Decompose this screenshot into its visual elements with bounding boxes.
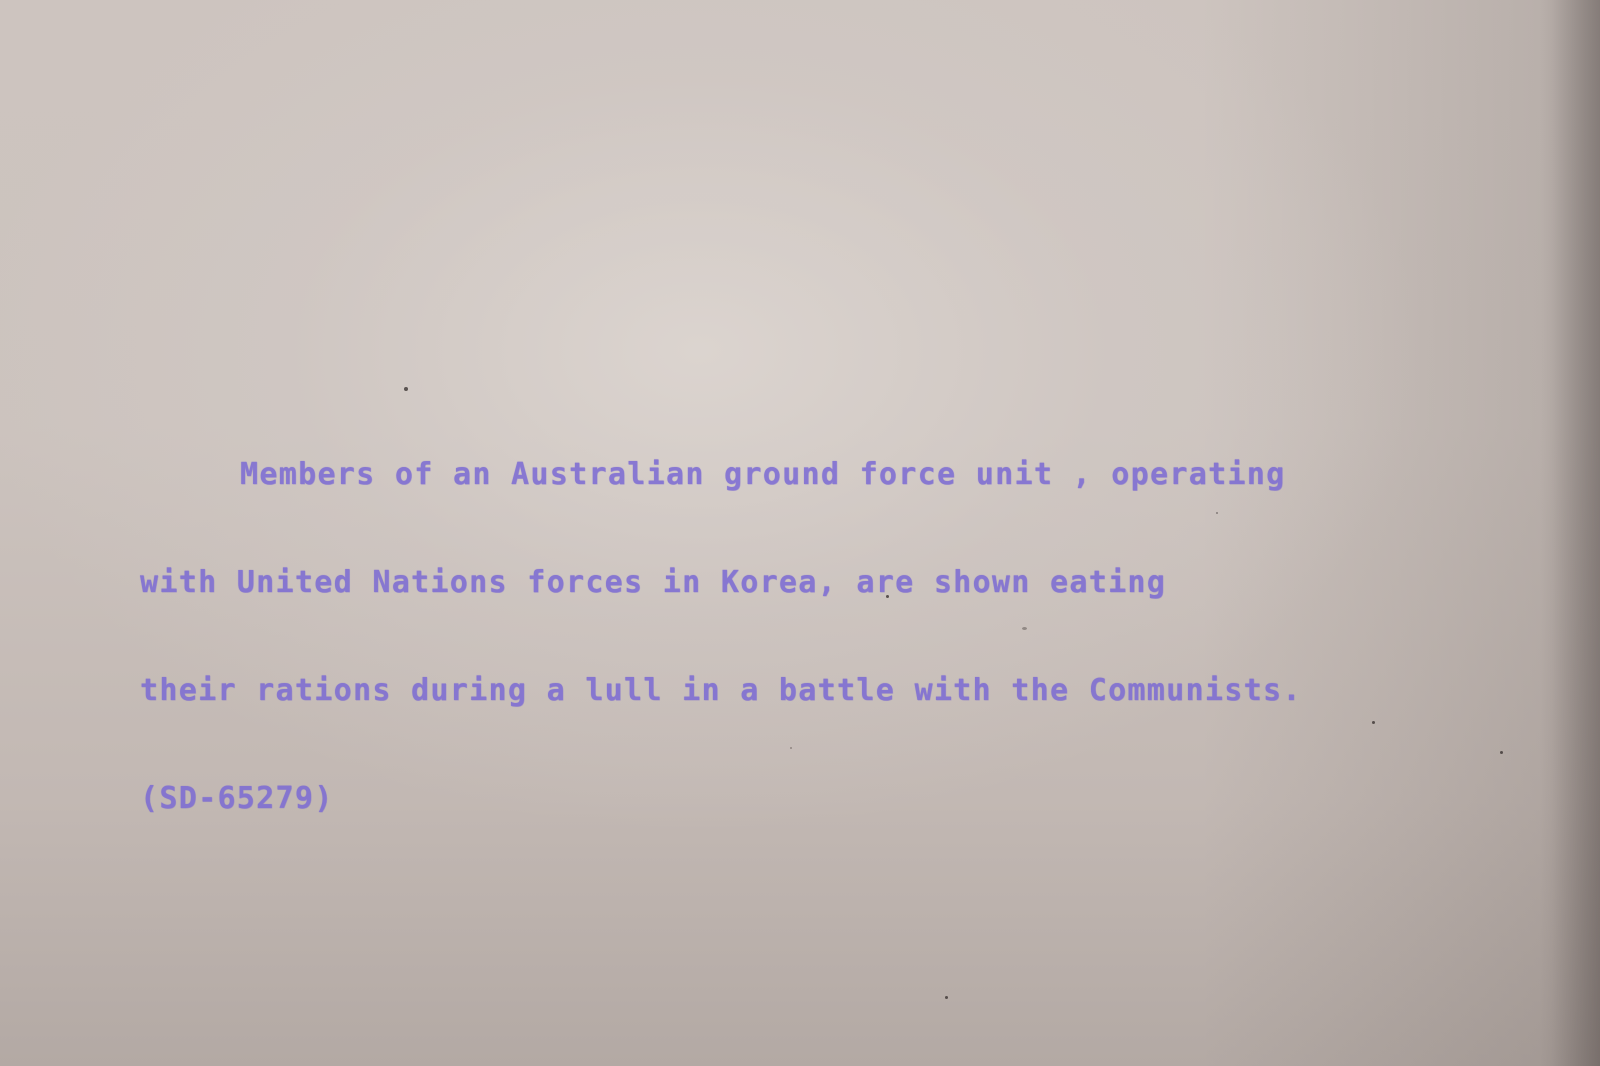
- caption-line-1: Members of an Australian ground force un…: [140, 457, 1480, 493]
- caption-reference-number: (SD-65279): [140, 781, 1480, 817]
- typewritten-caption: Members of an Australian ground force un…: [140, 385, 1480, 853]
- caption-line-2: with United Nations forces in Korea, are…: [140, 565, 1480, 601]
- caption-line-3: their rations during a lull in a battle …: [140, 673, 1480, 709]
- ink-speck: [945, 996, 948, 999]
- paper-edge-shadow: [1540, 0, 1600, 1066]
- ink-speck: [1500, 751, 1503, 754]
